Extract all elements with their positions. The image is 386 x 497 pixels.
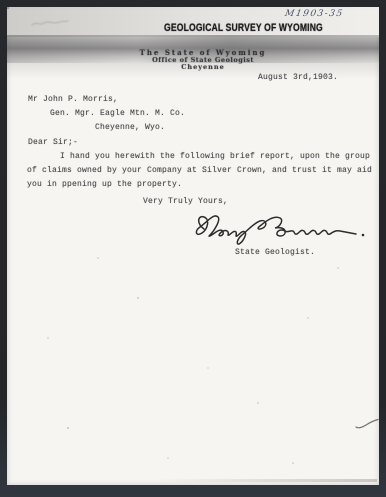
recipient-name: Mr John P. Morris, (28, 95, 118, 104)
pen-mark (353, 413, 379, 431)
archive-code-handwritten: M1903-35 (284, 9, 344, 19)
scan-noise-specks (7, 7, 9, 9)
closing-phrase: Very Truly Yours, (143, 197, 228, 206)
body-line-1: I hand you herewith the following brief … (60, 152, 370, 161)
recipient-title-company: Gen. Mgr. Eagle Mtn. M. Co. (50, 109, 185, 118)
salutation: Dear Sir;- (28, 138, 78, 147)
signature-handwritten (190, 207, 372, 247)
letterhead-title-stamp: GEOLOGICAL SURVEY OF WYOMING (164, 22, 278, 34)
recipient-city: Cheyenne, Wyo. (95, 123, 165, 132)
faint-pencil-smudge (29, 16, 71, 30)
letter-page: M1903-35 GEOLOGICAL SURVEY OF WYOMING Th… (7, 7, 379, 485)
letter-date: August 3rd,1903. (258, 73, 338, 82)
scan-streak (157, 479, 377, 482)
body-line-2: of claims owned by your Company at Silve… (27, 166, 372, 175)
signoff-title: State Geologist. (235, 248, 315, 257)
body-line-3: you in ppening up the property. (27, 180, 182, 189)
scanned-letter: M1903-35 GEOLOGICAL SURVEY OF WYOMING Th… (0, 0, 386, 497)
letterhead-city-line: Cheyenne (123, 63, 283, 71)
